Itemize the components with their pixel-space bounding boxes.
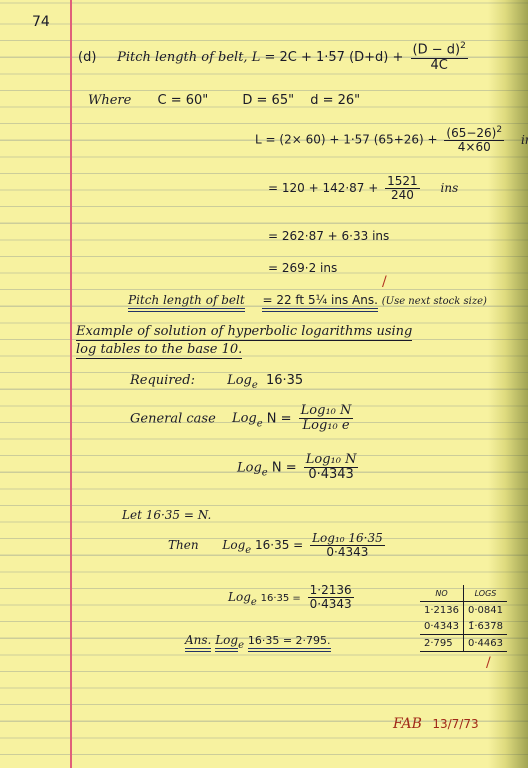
then-line: Then Loge 16·35 = Log₁₀ 16·35 0·4343 bbox=[168, 532, 388, 559]
formula-fraction: (D − d)2 4C bbox=[411, 42, 468, 73]
notebook-page: 74 (d) Pitch length of belt, L = 2C + 1·… bbox=[0, 0, 528, 768]
log-answer: Ans. Loge 16·35 = 2·795. bbox=[185, 633, 331, 651]
let-line: Let 16·35 = N. bbox=[122, 508, 211, 522]
where-label: Where bbox=[88, 93, 131, 108]
table-result-row: 2·795 0·4463 bbox=[420, 635, 507, 652]
formula-title: Pitch length of belt, L = bbox=[117, 50, 275, 65]
example-heading-line-1: Example of solution of hyperbolic logari… bbox=[76, 324, 412, 339]
page-number: 74 bbox=[32, 14, 50, 30]
general-case-line: General case Loge N = Log₁₀ N Log₁₀ e bbox=[130, 404, 356, 434]
table-row: 0·4343 1̄·6378 bbox=[420, 618, 507, 635]
check-mark-icon: / bbox=[382, 274, 387, 290]
given-D: D = 65" bbox=[242, 93, 294, 108]
substituted-fraction: 1·2136 0·4343 bbox=[308, 584, 354, 611]
calc-step-3: = 262·87 + 6·33 ins bbox=[268, 229, 389, 243]
calc-step-4: = 269·2 ins bbox=[268, 261, 337, 275]
general-fraction: Log₁₀ N Log₁₀ e bbox=[299, 404, 354, 434]
substituted-line: Loge 16·35 = 1·2136 0·4343 bbox=[228, 584, 357, 611]
table-header-no: NO bbox=[420, 585, 464, 602]
section-label: (d) bbox=[78, 50, 96, 65]
belt-answer: Pitch length of belt = 22 ft 5¼ ins Ans.… bbox=[128, 293, 487, 307]
answer-value: = 22 ft 5¼ ins Ans. bbox=[262, 293, 377, 312]
marker-initials: FAB bbox=[393, 716, 422, 732]
formula-terms: 2C + 1·57 (D+d) + bbox=[280, 50, 404, 65]
step2-fraction: 1521 240 bbox=[385, 175, 420, 202]
general2-fraction: Log₁₀ N 0·4343 bbox=[304, 453, 359, 483]
given-values: Where C = 60" D = 65" d = 26" bbox=[88, 93, 360, 108]
example-heading-line-2: log tables to the base 10. bbox=[76, 342, 242, 357]
section-d-formula: (d) Pitch length of belt, L = 2C + 1·57 … bbox=[78, 42, 471, 73]
table-row: 1·2136 0·0841 bbox=[420, 602, 507, 619]
given-c: C = 60" bbox=[157, 93, 208, 108]
logs-table: NO LOGS 1·2136 0·0841 0·4343 1̄·6378 2·7… bbox=[420, 585, 507, 652]
calc-step-2: = 120 + 142·87 + 1521 240 ins bbox=[268, 175, 458, 202]
required-line: Required: Loge 16·35 bbox=[130, 373, 303, 391]
margin-line bbox=[70, 0, 72, 768]
marking-date: 13/7/73 bbox=[432, 717, 478, 731]
given-d: d = 26" bbox=[310, 93, 360, 108]
marker-signature: FAB 13/7/73 bbox=[393, 716, 479, 732]
step1-fraction: (65−26)2 4×60 bbox=[444, 126, 504, 154]
general-case-line-2: Loge N = Log₁₀ N 0·4343 bbox=[237, 453, 361, 483]
calc-step-1: L = (2× 60) + 1·57 (65+26) + (65−26)2 4×… bbox=[255, 126, 528, 154]
table-header-logs: LOGS bbox=[464, 585, 508, 602]
then-fraction: Log₁₀ 16·35 0·4343 bbox=[310, 532, 385, 559]
answer-label: Pitch length of belt bbox=[128, 293, 245, 312]
check-mark-icon: / bbox=[486, 655, 491, 671]
answer-note: (Use next stock size) bbox=[382, 296, 487, 307]
